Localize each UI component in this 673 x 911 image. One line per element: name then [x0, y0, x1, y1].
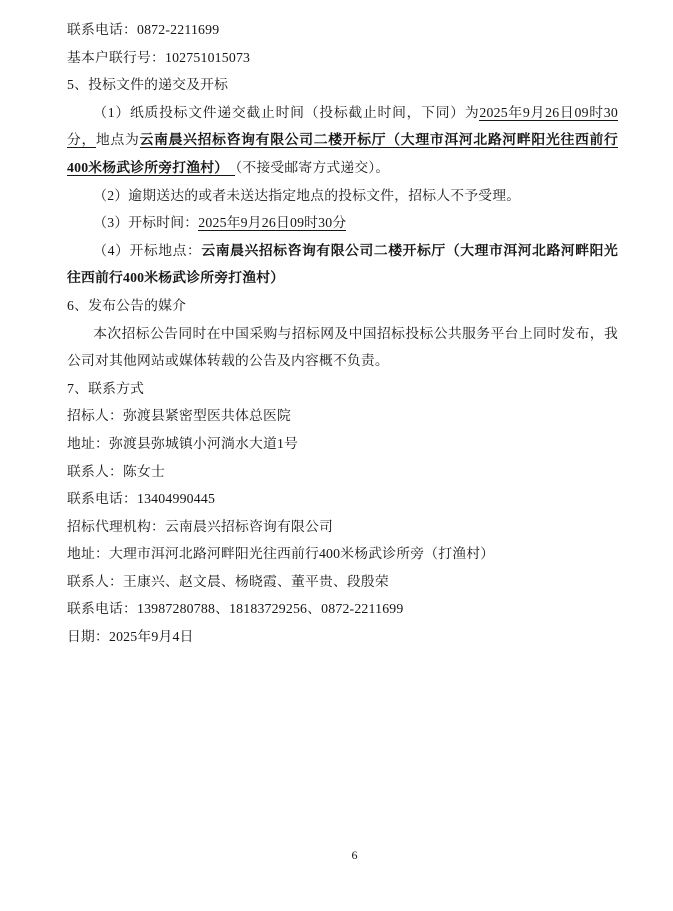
page-number: 6 [352, 848, 358, 862]
agency-phones-line: 联系电话：13987280788、18183729256、0872-221169… [67, 595, 618, 623]
agency-address-line: 地址：大理市洱河北路河畔阳光往西前行400米杨武诊所旁（打渔村） [67, 540, 618, 568]
tenderer-phone-line: 联系电话：13404990445 [67, 485, 618, 513]
document-page: 联系电话：0872-2211699 基本户联行号：102751015073 5、… [0, 0, 673, 911]
section6-heading: 6、发布公告的媒介 [67, 292, 618, 320]
page-footer: 6 [18, 845, 673, 865]
section5-item4: （4）开标地点：云南晨兴招标咨询有限公司二楼开标厅（大理市洱河北路河畔阳光往西前… [67, 237, 618, 292]
section7-heading: 7、联系方式 [67, 375, 618, 403]
item3-time-underlined: 2025年9月26日09时30分 [198, 215, 346, 231]
prelude-bank-line: 基本户联行号：102751015073 [67, 44, 618, 72]
item1-mid-text: 地点为 [96, 132, 140, 147]
prelude-phone-line: 联系电话：0872-2211699 [67, 16, 618, 44]
item3-label: （3）开标时间： [93, 215, 198, 230]
tenderer-contact-line: 联系人：陈女士 [67, 458, 618, 486]
document-body: 联系电话：0872-2211699 基本户联行号：102751015073 5、… [67, 16, 618, 651]
section5-heading: 5、投标文件的递交及开标 [67, 71, 618, 99]
agency-contacts-line: 联系人：王康兴、赵文晨、杨晓霞、董平贵、段殷荣 [67, 568, 618, 596]
item1-post-text: （不接受邮寄方式递交）。 [235, 160, 389, 175]
tenderer-address-line: 地址：弥渡县弥城镇小河淌水大道1号 [67, 430, 618, 458]
item1-pre-text: （1）纸质投标文件递交截止时间（投标截止时间，下同）为 [93, 105, 479, 120]
section6-body: 本次招标公告同时在中国采购与招标网及中国招标投标公共服务平台上同时发布，我公司对… [67, 320, 618, 375]
item4-label: （4）开标地点： [93, 243, 201, 258]
date-line: 日期：2025年9月4日 [67, 623, 618, 651]
section5-item1: （1）纸质投标文件递交截止时间（投标截止时间，下同）为2025年9月26日09时… [67, 99, 618, 182]
agency-line: 招标代理机构：云南晨兴招标咨询有限公司 [67, 513, 618, 541]
section5-item2: （2）逾期送达的或者未送达指定地点的投标文件，招标人不予受理。 [67, 182, 618, 210]
tenderer-line: 招标人：弥渡县紧密型医共体总医院 [67, 402, 618, 430]
section5-item3: （3）开标时间：2025年9月26日09时30分 [67, 209, 618, 237]
